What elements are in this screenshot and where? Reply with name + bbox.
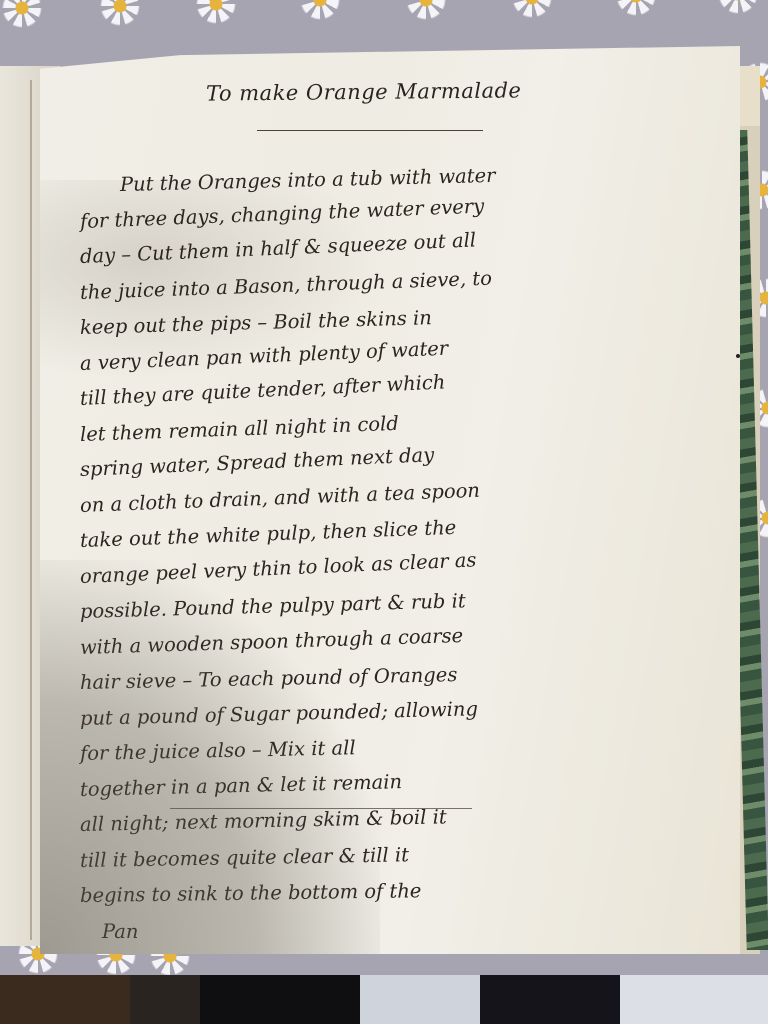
daisy-pattern-icon xyxy=(718,0,758,14)
ink-dot xyxy=(736,354,740,358)
title-underline xyxy=(257,130,483,131)
daisy-pattern-icon xyxy=(406,0,446,20)
daisy-pattern-icon xyxy=(100,0,140,26)
closing-rule xyxy=(170,808,472,809)
daisy-pattern-icon xyxy=(2,0,42,28)
book-gutter-stitching xyxy=(30,80,32,940)
daisy-pattern-icon xyxy=(300,0,340,20)
floor-background xyxy=(0,975,768,1024)
recipe-title: To make Orange Marmalade xyxy=(206,78,522,105)
daisy-pattern-icon xyxy=(512,0,552,18)
text-line: Pan xyxy=(80,914,730,950)
recipe-body: Put the Oranges into a tub with water fo… xyxy=(80,168,730,949)
daisy-pattern-icon xyxy=(196,0,236,24)
daisy-pattern-icon xyxy=(616,0,656,16)
